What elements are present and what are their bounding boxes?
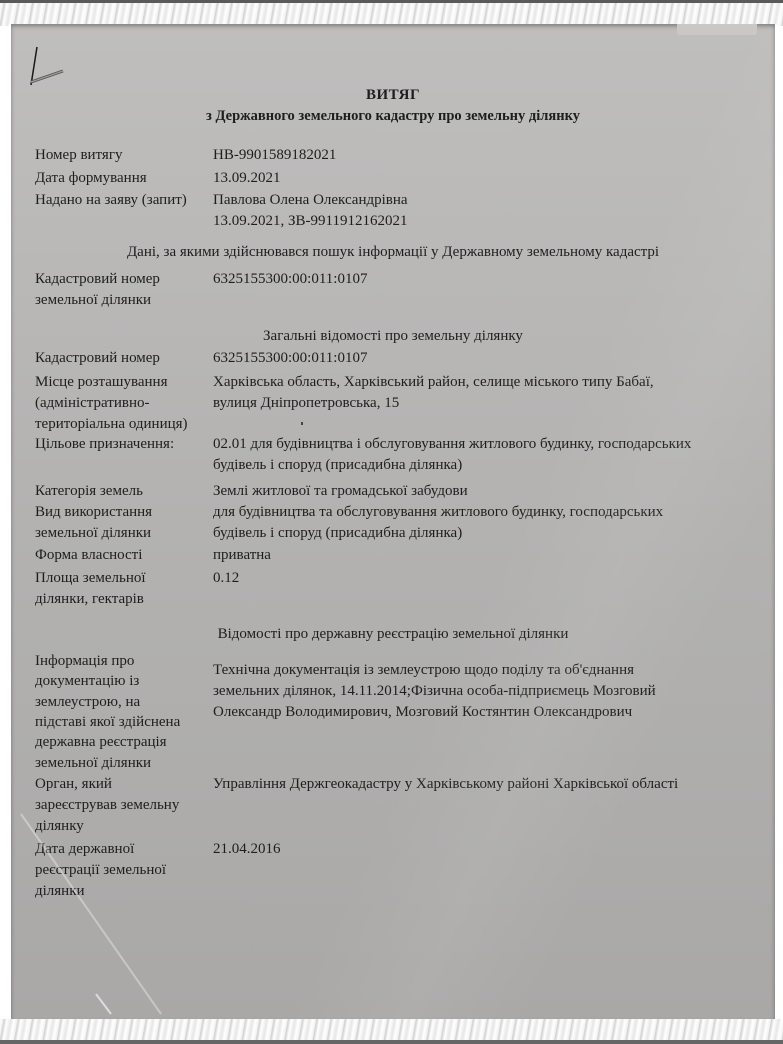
torn-paper-edge-bottom: [0, 1019, 783, 1044]
torn-paper-edge-top: [0, 0, 783, 26]
glare-streaks: [11, 24, 775, 1020]
document-page: ВИТЯГ з Державного земельного кадастру п…: [11, 24, 775, 1020]
